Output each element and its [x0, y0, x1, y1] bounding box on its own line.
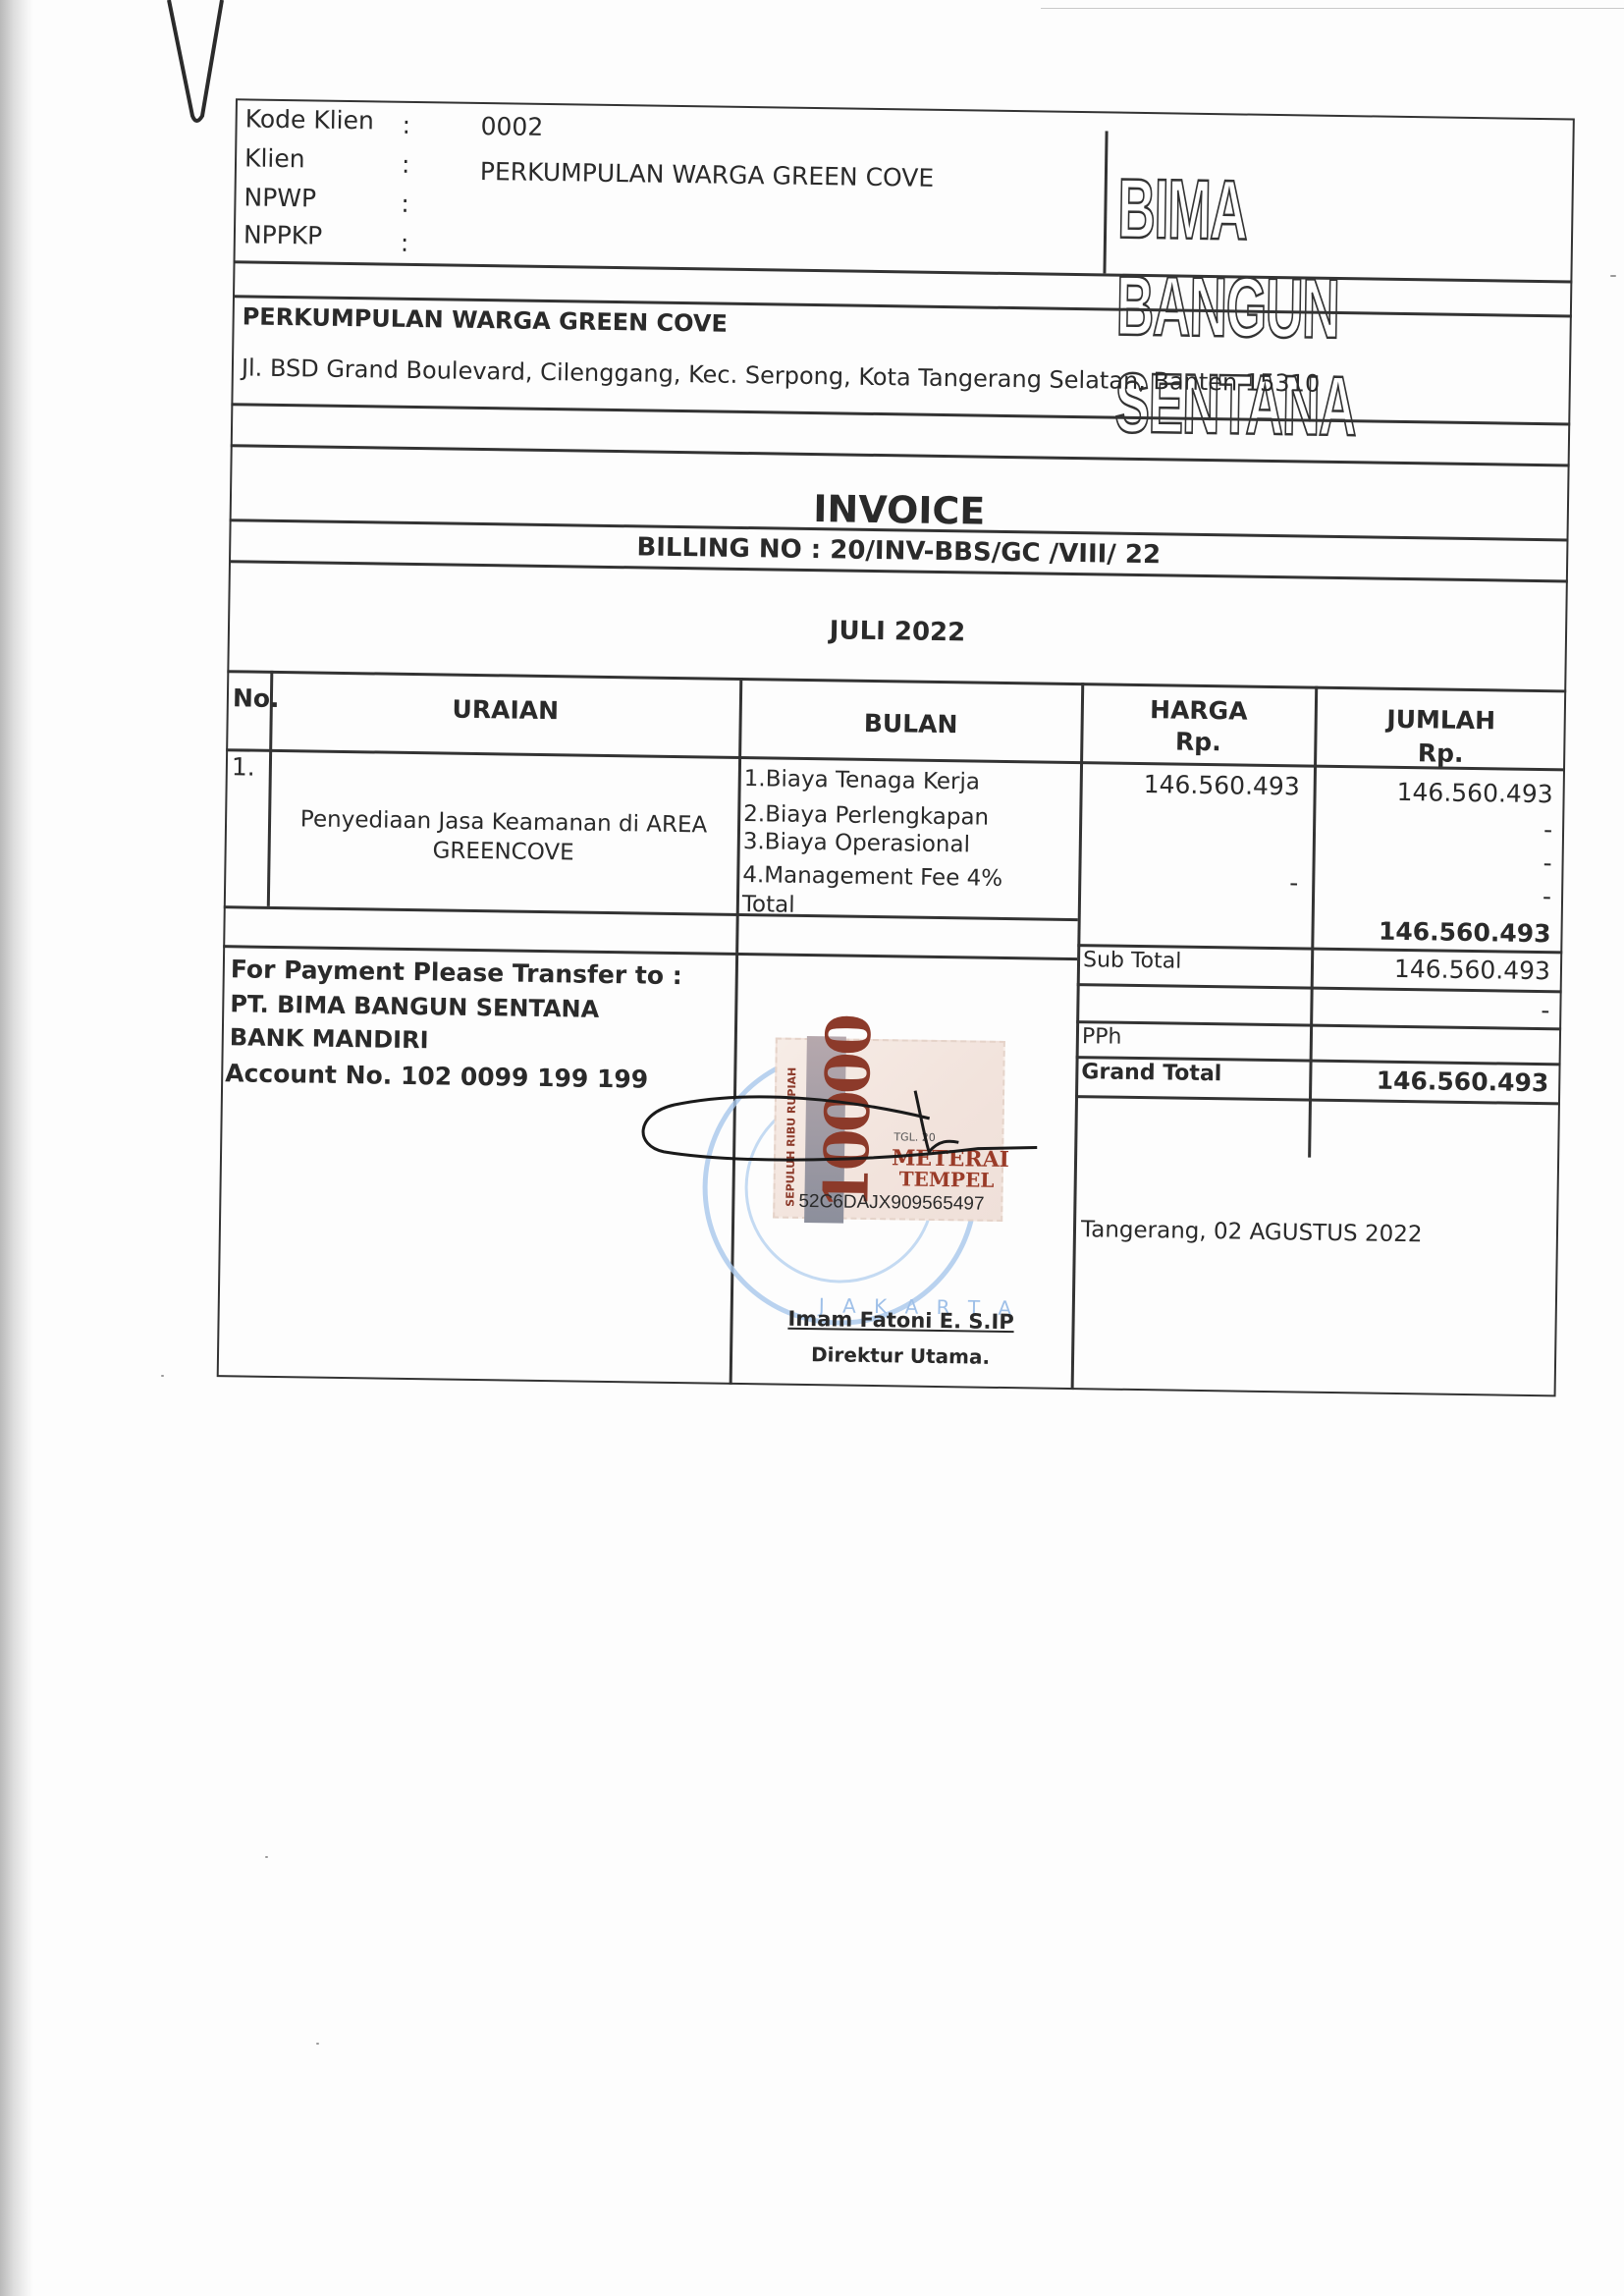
payment-account: Account No. 102 0099 199 199 — [225, 1061, 648, 1091]
scan-speck — [265, 1856, 268, 1858]
sep-npwp: : — [401, 191, 409, 216]
signature-scribble — [634, 1066, 1049, 1190]
recipient-name: PERKUMPULAN WARGA GREEN COVE — [243, 304, 729, 335]
summary-label-grand-total: Grand Total — [1081, 1062, 1221, 1085]
value-kode-klien: 0002 — [480, 114, 543, 139]
payment-heading: For Payment Please Transfer to : — [231, 957, 682, 988]
scan-speck — [316, 2043, 319, 2045]
place-date: Tangerang, 02 AGUSTUS 2022 — [1081, 1219, 1423, 1246]
signatory-title: Direktur Utama. — [730, 1343, 1071, 1368]
item-label: 4.Management Fee 4% — [742, 864, 1002, 891]
sep-nppkp: : — [401, 231, 409, 255]
summary-value-blank: - — [1312, 995, 1549, 1023]
payment-company: PT. BIMA BANGUN SENTANA — [230, 992, 599, 1021]
col-header-harga-unit: Rp. — [1082, 728, 1314, 755]
item-harga: 146.560.493 — [1082, 771, 1300, 798]
item-jumlah: - — [1314, 881, 1551, 909]
scan-speck — [161, 1375, 164, 1377]
summary-value-subtotal: 146.560.493 — [1313, 956, 1550, 984]
item-jumlah: - — [1314, 847, 1551, 876]
col-header-bulan: BULAN — [740, 709, 1080, 738]
item-jumlah: - — [1315, 814, 1552, 843]
signatory-name: Imam Fatoni E. S.IP — [730, 1308, 1071, 1334]
col-header-harga: HARGA — [1083, 696, 1315, 724]
item-label: 2.Biaya Perlengkapan — [743, 803, 989, 830]
meterai-serial: 52C6DAJX909565497 — [798, 1191, 984, 1216]
label-nppkp: NPPKP — [244, 222, 323, 247]
item-label: 1.Biaya Tenaga Kerja — [744, 768, 981, 794]
item-harga: - — [1080, 867, 1298, 895]
col-header-jumlah-unit: Rp. — [1316, 739, 1565, 768]
label-klien: Klien — [244, 145, 305, 171]
signature-area: J A K A R T A SEPULUH RIBU RUPIAH 10000 … — [730, 1010, 1077, 1388]
label-kode-klien: Kode Klien — [245, 106, 375, 133]
scan-speck — [1610, 275, 1616, 277]
scan-edge-line — [1041, 8, 1624, 9]
summary-value-grand-total: 146.560.493 — [1311, 1067, 1548, 1096]
item-jumlah: 146.560.493 — [1315, 779, 1552, 807]
value-klien: PERKUMPULAN WARGA GREEN COVE — [480, 159, 935, 191]
item-jumlah-total: 146.560.493 — [1313, 918, 1550, 947]
scan-binding-shadow — [0, 0, 33, 2296]
row-no: 1. — [232, 754, 255, 779]
invoice-document: Kode Klien : 0002 Klien : PERKUMPULAN WA… — [199, 98, 1575, 1396]
summary-label-pph: PPh — [1082, 1026, 1122, 1049]
payment-bank: BANK MANDIRI — [230, 1025, 429, 1052]
col-header-jumlah: JUMLAH — [1317, 706, 1566, 735]
summary-label-subtotal: Sub Total — [1083, 950, 1182, 972]
label-npwp: NPWP — [244, 185, 316, 210]
sep-kode-klien: : — [402, 113, 410, 137]
item-label: 3.Biaya Operasional — [743, 831, 970, 856]
sep-klien: : — [402, 152, 410, 177]
